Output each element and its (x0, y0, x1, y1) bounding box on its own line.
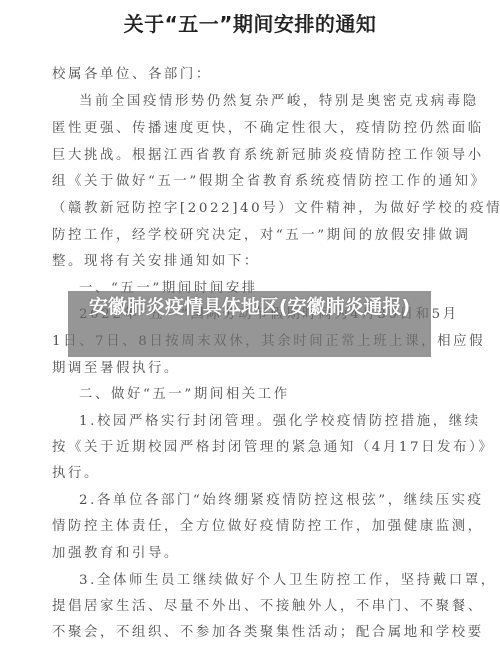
paragraph-line: 提倡居家生活、尽量不外出、不接触外人，不串门、不聚餐、 (52, 598, 448, 616)
paragraph-line: 执行。 (52, 465, 448, 483)
list-item-3: 3.全体师生员工继续做好个人卫生防控工作，坚持戴口罩， (52, 572, 475, 590)
paragraph-line: （赣教新冠防控字[2022]40号）文件精神，为做好学校的疫情 (52, 200, 448, 218)
list-item-1: 1.校园严格实行封闭管理。强化学校疫情防控措施，继续 (52, 413, 475, 431)
list-item-2: 2.各单位各部门“始终绷紧疫情防控这根弦”，继续压实疫 (52, 492, 475, 510)
paragraph-line: 期调至暑假执行。 (52, 360, 448, 378)
paragraph-line: 巨大挑战。根据江西省教育系统新冠肺炎疫情防控工作领导小 (52, 147, 448, 165)
paragraph-line: 组《关于做好“五一”假期全省教育系统疫情防控工作的通知》 (52, 173, 448, 191)
section-heading-2: 二、做好“五一”期间相关工作 (52, 386, 475, 404)
salutation: 校属各单位、各部门： (52, 66, 448, 84)
paragraph-line: 整。现将有关安排通知如下： (52, 253, 448, 271)
paragraph-line: 匿性更强、传播速度更快，不确定性很大，疫情防控仍然面临 (52, 120, 448, 138)
paragraph-line: 防控工作，经学校研究决定，对“五一”期间的放假安排做调 (52, 227, 448, 245)
paragraph-line: 当前全国疫情形势仍然复杂严峻，特别是奥密克戎病毒隐 (52, 93, 475, 111)
paragraph-line: 按《关于近期校园严格封闭管理的紧急通知（4月17日发布）》 (52, 439, 448, 457)
paragraph-line: 加强教育和引导。 (52, 545, 448, 563)
paragraph-line: 情防控主体责任，全方位做好疫情防控工作，加强健康监测， (52, 518, 448, 536)
paragraph-line: 不聚会，不组织、不参加各类聚集性活动；配合属地和学校要 (52, 624, 448, 642)
caption-overlay-text: 安徽肺炎疫情具体地区(安徽肺炎通报) (68, 294, 431, 321)
document-title: 关于“五一”期间安排的通知 (0, 8, 500, 37)
